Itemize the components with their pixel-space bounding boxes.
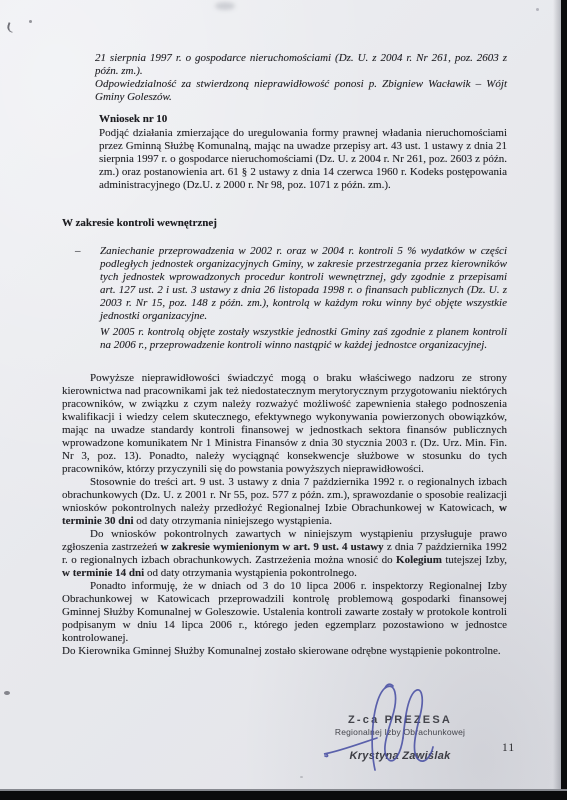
- deadline-30-paragraph: Stosownie do treści art. 9 ust. 3 ustawy…: [62, 476, 507, 528]
- scan-artifact: [4, 691, 10, 695]
- section-heading: W zakresie kontroli wewnętrznej: [62, 217, 507, 230]
- scan-artifact: [300, 776, 303, 778]
- conclusion-body: Podjąć działania zmierzające do uregulow…: [95, 127, 507, 192]
- scan-artifact: [29, 20, 32, 23]
- closing-block: Powyższe nieprawidłowości świadczyć mogą…: [62, 372, 507, 658]
- deadline-pre: Stosownie do treści art. 9 ust. 3 ustawy…: [62, 476, 507, 514]
- finding-paragraph-1: Zaniechanie przeprowadzenia w 2002 r. or…: [100, 245, 507, 323]
- separate-statement-paragraph: Do Kierownika Gminnej Służby Komunalnej …: [62, 645, 507, 658]
- objections-bold-14-dni: w terminie 14 dni: [62, 567, 144, 579]
- scan-edge-bottom: [0, 789, 567, 800]
- deadline-post: od daty otrzymania niniejszego wystąpien…: [134, 515, 333, 527]
- objections-run: od daty otrzymania wystąpienia pokontrol…: [144, 567, 357, 579]
- scan-artifact: [536, 8, 539, 11]
- internal-control-section: W zakresie kontroli wewnętrznej – Zaniec…: [62, 217, 507, 352]
- problem-audit-paragraph: Ponadto informuję, że w dniach od 3 do 1…: [62, 580, 507, 645]
- signer-title-line2: Regionalnej Izby Obrachunkowej: [318, 727, 482, 737]
- supervision-paragraph: Powyższe nieprawidłowości świadczyć mogą…: [62, 372, 507, 476]
- finding-paragraph-2: W 2005 r. kontrolą objęte zostały wszyst…: [100, 326, 507, 352]
- objections-paragraph: Do wniosków pokontrolnych zawartych w ni…: [62, 528, 507, 580]
- objections-run: tutejszej Izby,: [442, 554, 507, 566]
- scan-edge-right: [561, 0, 567, 800]
- signature-stamp-block: Z-ca PREZESA Regionalnej Izby Obrachunko…: [318, 714, 482, 762]
- objections-bold-kolegium: Kolegium: [396, 554, 442, 566]
- signer-title-line1: Z-ca PREZESA: [318, 714, 482, 726]
- page-number: 11: [502, 742, 515, 754]
- scan-artifact: [6, 22, 15, 33]
- finding-content: Zaniechanie przeprowadzenia w 2002 r. or…: [100, 245, 507, 352]
- conclusion-heading: Wniosek nr 10: [95, 113, 507, 126]
- law-citation-text: 21 sierpnia 1997 r. o gospodarce nieruch…: [95, 52, 507, 78]
- carryover-and-conclusion-block: 21 sierpnia 1997 r. o gospodarce nieruch…: [95, 52, 507, 192]
- scan-edge-shadow: [553, 0, 561, 800]
- scan-artifact: [215, 2, 235, 10]
- signer-name: Krystyna Zawiślak: [318, 750, 482, 762]
- finding-list-item: – Zaniechanie przeprowadzenia w 2002 r. …: [62, 245, 507, 352]
- bullet-dash: –: [62, 245, 100, 352]
- scanned-document-page: 21 sierpnia 1997 r. o gospodarce nieruch…: [0, 0, 567, 800]
- objections-bold-scope: w zakresie wymienionym w art. 9 ust. 4 u…: [161, 541, 384, 553]
- responsibility-text: Odpowiedzialność za stwierdzoną nieprawi…: [95, 78, 507, 104]
